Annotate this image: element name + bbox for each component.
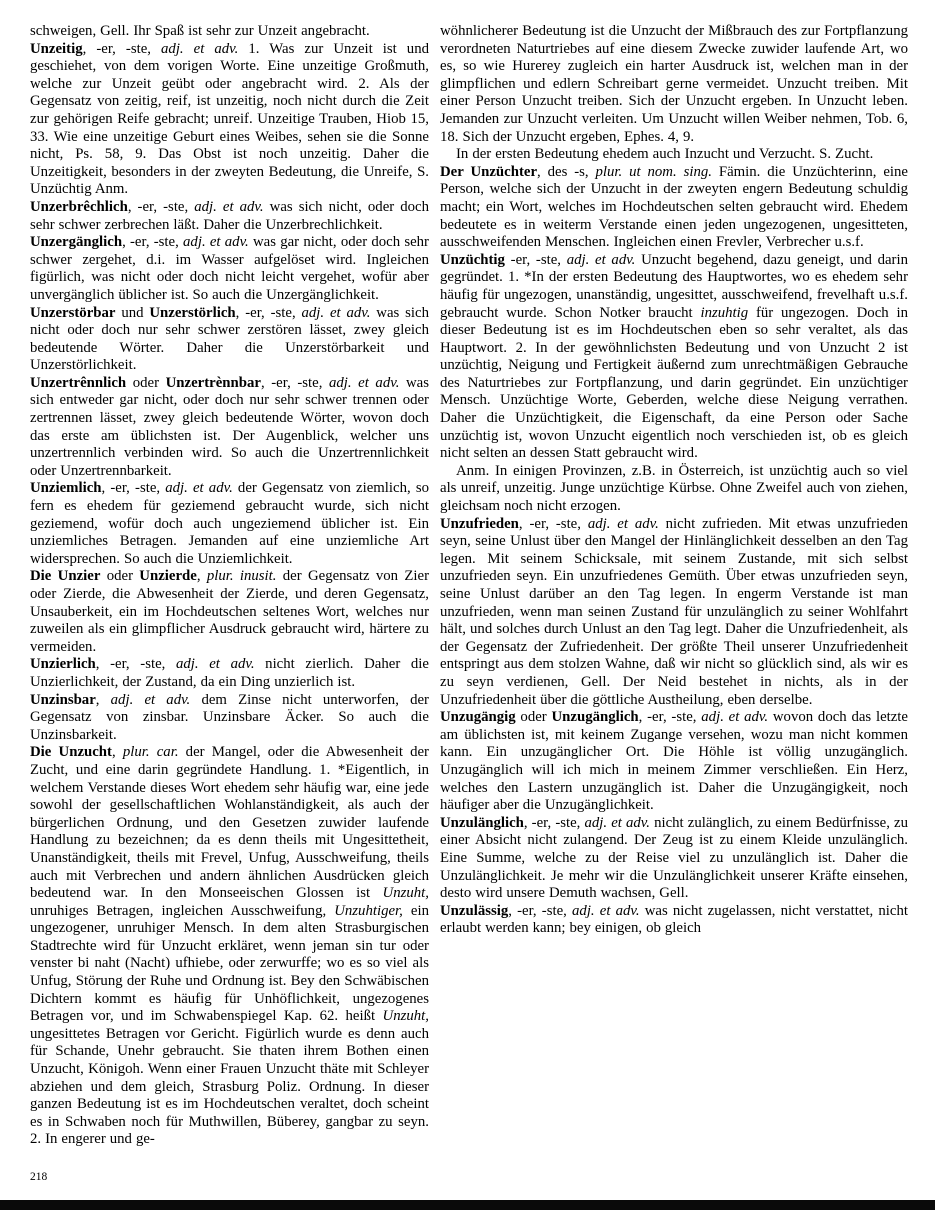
bottom-black-bar: [0, 1200, 935, 1210]
italic-text: adj. et adv.: [183, 234, 249, 250]
entry-text: , -er, -ste,: [524, 815, 585, 831]
entry-unzinsbar: Unzinsbar, adj. et adv. dem Zinse nicht …: [30, 692, 429, 745]
headword: Unzinsbar: [30, 692, 96, 708]
headword: Unzerbrêchlich: [30, 199, 128, 215]
entry-text: der Mangel, oder die Abwesenheit der Zuc…: [30, 744, 429, 901]
entry-text: oder: [126, 375, 165, 391]
text-columns: schweigen, Gell. Ihr Spaß ist sehr zur U…: [30, 23, 908, 1149]
headword: Unzertrênnlich: [30, 375, 126, 391]
entry-text: , -er, -ste,: [236, 305, 302, 321]
entry-text: , des -s,: [537, 164, 595, 180]
headword: Die Unzier: [30, 568, 100, 584]
entry-unzucht-continuation: wöhnlicherer Bedeutung ist die Unzucht d…: [440, 23, 908, 146]
italic-text: adj. et adv.: [194, 199, 263, 215]
italic-text: inzuhtig: [700, 305, 748, 321]
italic-text: adj. et adv.: [176, 656, 255, 672]
entry-text: , -er, -ste,: [128, 199, 194, 215]
entry-text: , -er, -ste,: [639, 709, 702, 725]
left-column: schweigen, Gell. Ihr Spaß ist sehr zur U…: [30, 23, 429, 1149]
entry-text: unruhiges Betragen, ingleichen Ausschwei…: [30, 903, 334, 919]
entry-text: ,: [96, 692, 111, 708]
italic-text: adj. et adv.: [165, 480, 233, 496]
entry-text: , -er, -ste,: [508, 903, 572, 919]
headword: Unzulänglich: [440, 815, 524, 831]
entry-text: 1. Was zur Unzeit ist und geschiehet, vo…: [30, 41, 429, 198]
entry-text: , -er, -ste,: [83, 41, 161, 57]
headword: Unzeitig: [30, 41, 83, 57]
entry-continuation: schweigen, Gell. Ihr Spaß ist sehr zur U…: [30, 23, 429, 41]
right-column: wöhnlicherer Bedeutung ist die Unzucht d…: [440, 23, 908, 1149]
italic-text: Unzuhtiger,: [334, 903, 403, 919]
entry-text: -er, -ste,: [505, 252, 567, 268]
entry-unzergaenglich: Unzergänglich, -er, -ste, adj. et adv. w…: [30, 234, 429, 304]
entry-unzerbrechlich: Unzerbrêchlich, -er, -ste, adj. et adv. …: [30, 199, 429, 234]
entry-text: ,: [197, 568, 207, 584]
entry-unzertrennlich: Unzertrênnlich oder Unzertrènnbar, -er, …: [30, 375, 429, 481]
entry-text: nicht zufrieden. Mit etwas unzufrieden s…: [440, 516, 908, 708]
italic-text: adj. et adv.: [572, 903, 640, 919]
italic-text: adj. et adv.: [329, 375, 399, 391]
headword: Unzugänglich: [552, 709, 639, 725]
headword: Unzüchtig: [440, 252, 505, 268]
entry-unzuechter: Der Unzüchter, des -s, plur. ut nom. sin…: [440, 164, 908, 252]
headword: Unziemlich: [30, 480, 102, 496]
entry-text: oder: [516, 709, 552, 725]
headword: Unzulässig: [440, 903, 508, 919]
page-number: 218: [30, 1170, 47, 1184]
headword: Unzufrieden: [440, 516, 519, 532]
entry-text: ungesittetes Betragen vor Gericht. Figür…: [30, 1026, 429, 1148]
entry-unzerstoerbar: Unzerstörbar und Unzerstörlich, -er, -st…: [30, 305, 429, 375]
italic-text: adj. et adv.: [585, 815, 650, 831]
headword: Unzugängig: [440, 709, 516, 725]
entry-text: ,: [112, 744, 123, 760]
italic-text: Unzuht,: [383, 1008, 429, 1024]
entry-text: schweigen, Gell. Ihr Spaß ist sehr zur U…: [30, 23, 370, 39]
dictionary-page: schweigen, Gell. Ihr Spaß ist sehr zur U…: [0, 0, 935, 1210]
headword: Unzerstörbar: [30, 305, 115, 321]
entry-unzugaengig: Unzugängig oder Unzugänglich, -er, -ste,…: [440, 709, 908, 815]
headword: Unzierde: [139, 568, 197, 584]
entry-unziemlich: Unziemlich, -er, -ste, adj. et adv. der …: [30, 480, 429, 568]
italic-text: plur. ut nom. sing.: [596, 164, 712, 180]
italic-text: adj. et adv.: [111, 692, 191, 708]
entry-text: Anm. In einigen Provinzen, z.B. in Öster…: [440, 463, 908, 514]
entry-unzier: Die Unzier oder Unzierde, plur. inusit. …: [30, 568, 429, 656]
para-unzucht-note: In der ersten Bedeutung ehedem auch Inzu…: [440, 146, 908, 164]
entry-text: , -er, -ste,: [96, 656, 176, 672]
italic-text: adj. et adv.: [161, 41, 238, 57]
para-unzuechtig-anm: Anm. In einigen Provinzen, z.B. in Öster…: [440, 463, 908, 516]
headword: Unzierlich: [30, 656, 96, 672]
entry-text: , -er, -ste,: [122, 234, 183, 250]
entry-unzulaenglich: Unzulänglich, -er, -ste, adj. et adv. ni…: [440, 815, 908, 903]
entry-text: , -er, -ste,: [519, 516, 588, 532]
italic-text: adj. et adv.: [701, 709, 768, 725]
headword: Unzergänglich: [30, 234, 122, 250]
headword: Unzerstörlich: [149, 305, 235, 321]
entry-unzeitig: Unzeitig, -er, -ste, adj. et adv. 1. Was…: [30, 41, 429, 199]
entry-text: und: [115, 305, 149, 321]
headword: Der Unzüchter: [440, 164, 537, 180]
entry-text: oder: [100, 568, 139, 584]
headword: Die Unzucht: [30, 744, 112, 760]
entry-unzierlich: Unzierlich, -er, -ste, adj. et adv. nich…: [30, 656, 429, 691]
italic-text: plur. car.: [123, 744, 179, 760]
entry-unzufrieden: Unzufrieden, -er, -ste, adj. et adv. nic…: [440, 516, 908, 710]
entry-text: ein ungezogener, unruhiger Mensch. In de…: [30, 903, 429, 1025]
headword: Unzertrènnbar: [166, 375, 261, 391]
italic-text: plur. inusit.: [207, 568, 277, 584]
italic-text: adj. et adv.: [302, 305, 371, 321]
italic-text: adj. et adv.: [588, 516, 659, 532]
entry-text: In der ersten Bedeutung ehedem auch Inzu…: [456, 146, 873, 162]
entry-text: , -er, -ste,: [261, 375, 329, 391]
italic-text: Unzuht,: [383, 885, 429, 901]
entry-unzulaessig: Unzulässig, -er, -ste, adj. et adv. was …: [440, 903, 908, 938]
entry-text: wöhnlicherer Bedeutung ist die Unzucht d…: [440, 23, 908, 145]
entry-unzuechtig: Unzüchtig -er, -ste, adj. et adv. Unzuch…: [440, 252, 908, 463]
entry-text: , -er, -ste,: [102, 480, 166, 496]
entry-unzucht: Die Unzucht, plur. car. der Mangel, oder…: [30, 744, 429, 1149]
italic-text: adj. et adv.: [567, 252, 636, 268]
entry-text: für ungezogen. Doch in dieser Bedeutung …: [440, 305, 908, 462]
